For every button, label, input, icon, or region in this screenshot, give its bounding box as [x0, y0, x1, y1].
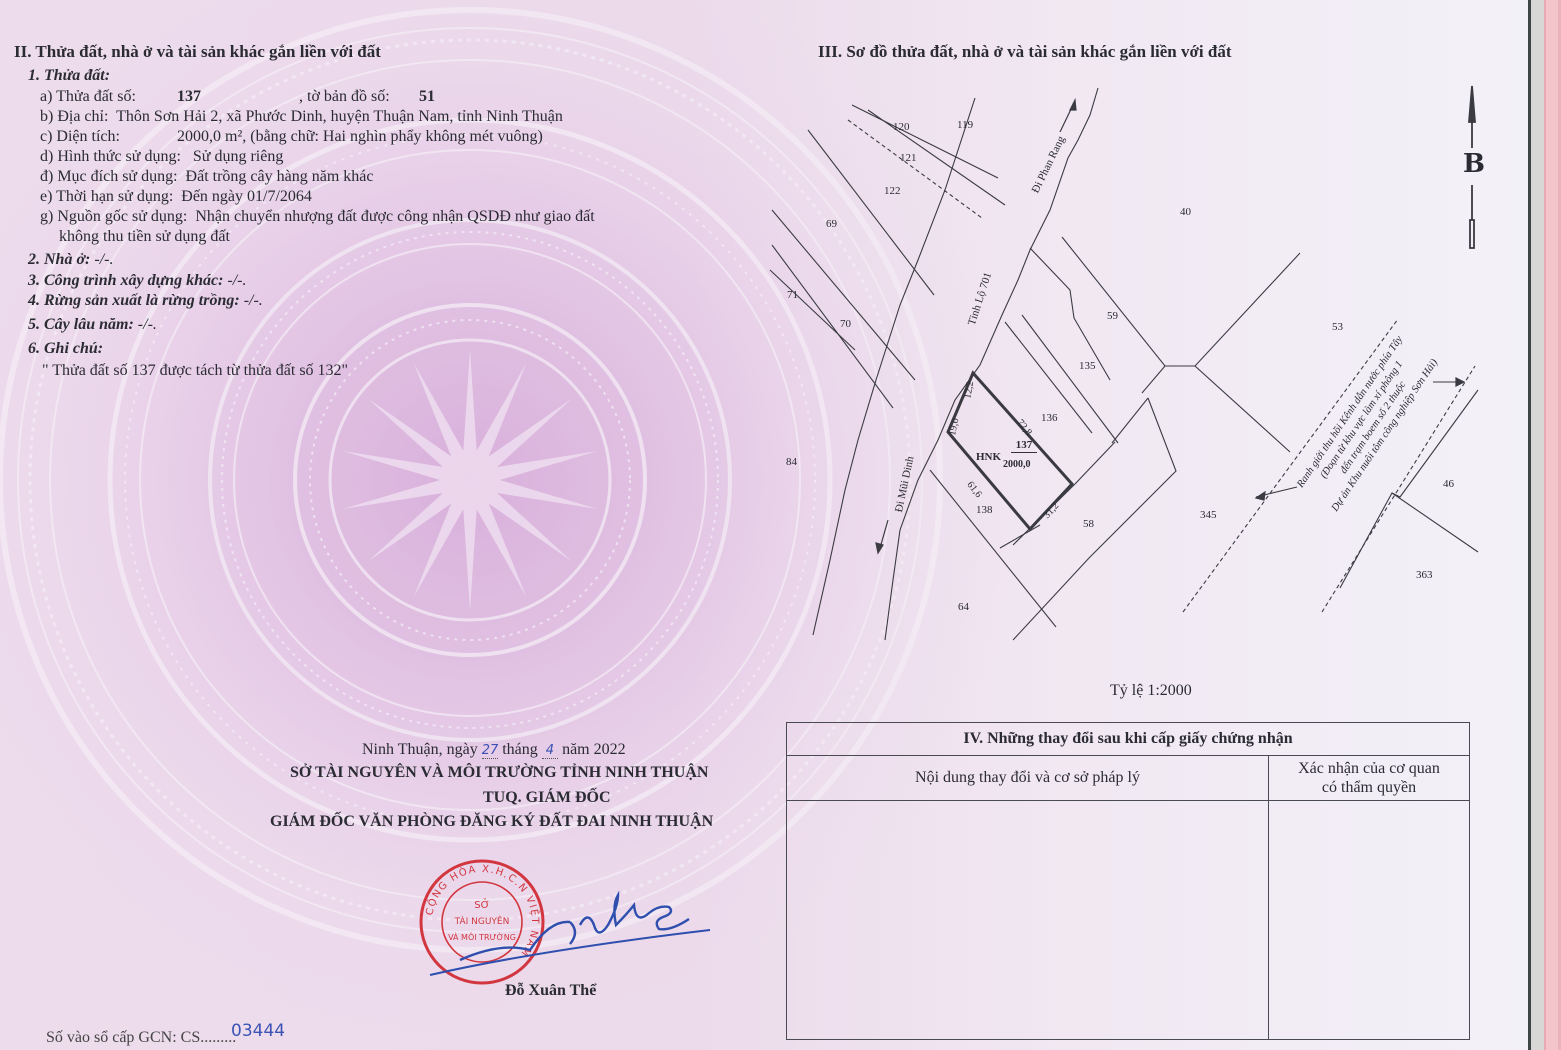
place-date-prefix: Ninh Thuận, ngày	[362, 741, 478, 758]
parcel-label-345: 345	[1200, 505, 1217, 525]
parcel-label-70: 70	[840, 314, 851, 334]
signature	[420, 880, 720, 980]
edge-length-north: 12,2	[958, 380, 981, 401]
certificate-page: II. Thửa đất, nhà ở và tài sản khác gắn …	[0, 0, 1530, 1050]
changes-table: IV. Những thay đổi sau khi cấp giấy chứn…	[786, 722, 1470, 1040]
column-header-confirmation: Xác nhận của cơ quan có thẩm quyền	[1269, 756, 1470, 801]
year-label: năm 2022	[562, 741, 626, 758]
register-number-row: Số vào sổ cấp GCN: CS......... 03444	[46, 1028, 236, 1048]
subject-parcel-area: 2000,0	[1003, 455, 1031, 475]
signer-position: GIÁM ĐỐC VĂN PHÒNG ĐĂNG KÝ ĐẤT ĐAI NINH …	[270, 812, 713, 832]
land-code: HNK	[976, 447, 1001, 467]
parcel-label-136: 136	[1041, 408, 1058, 428]
register-number: 03444	[231, 1021, 285, 1041]
section-4-title: IV. Những thay đổi sau khi cấp giấy chứn…	[787, 723, 1470, 756]
signing-day: 27	[482, 743, 499, 759]
parcel-label-138: 138	[976, 500, 993, 520]
on-behalf-title: TUQ. GIÁM ĐỐC	[483, 788, 611, 808]
north-letter: B	[1463, 154, 1485, 174]
map-scale: Tỷ lệ 1:2000	[1110, 681, 1192, 701]
month-label: tháng	[502, 741, 538, 758]
parcel-label-58: 58	[1083, 514, 1094, 534]
subject-parcel-number: 137	[1011, 439, 1037, 453]
col2-line-1: Xác nhận của cơ quan	[1269, 759, 1469, 778]
signer-name: Đỗ Xuân Thể	[505, 981, 596, 1001]
signing-month: 4	[542, 743, 558, 759]
place-date: Ninh Thuận, ngày 27 tháng 4 năm 2022	[362, 740, 626, 761]
changes-content-cell	[787, 801, 1269, 1040]
parcel-label-64: 64	[958, 597, 969, 617]
parcel-label-53: 53	[1332, 317, 1343, 337]
parcel-label-119: 119	[957, 115, 973, 135]
parcel-label-46: 46	[1443, 474, 1454, 494]
parcel-label-363: 363	[1416, 565, 1433, 585]
parcel-label-59: 59	[1107, 306, 1118, 326]
parcel-label-40: 40	[1180, 202, 1191, 222]
parcel-label-120: 120	[893, 117, 910, 137]
column-header-content: Nội dung thay đổi và cơ sở pháp lý	[787, 756, 1269, 801]
parcel-label-71: 71	[787, 285, 798, 305]
parcel-label-122: 122	[884, 181, 901, 201]
page-edge	[1528, 0, 1561, 1050]
parcel-label-69: 69	[826, 214, 837, 234]
register-label: Số vào sổ cấp GCN: CS	[46, 1029, 200, 1046]
parcel-label-84: 84	[786, 452, 797, 472]
changes-confirmation-cell	[1269, 801, 1470, 1040]
col2-line-2: có thẩm quyền	[1269, 778, 1469, 797]
issuing-agency: SỞ TÀI NGUYÊN VÀ MÔI TRƯỜNG TỈNH NINH TH…	[290, 763, 708, 783]
parcel-label-135: 135	[1079, 356, 1096, 376]
parcel-label-121: 121	[900, 148, 917, 168]
